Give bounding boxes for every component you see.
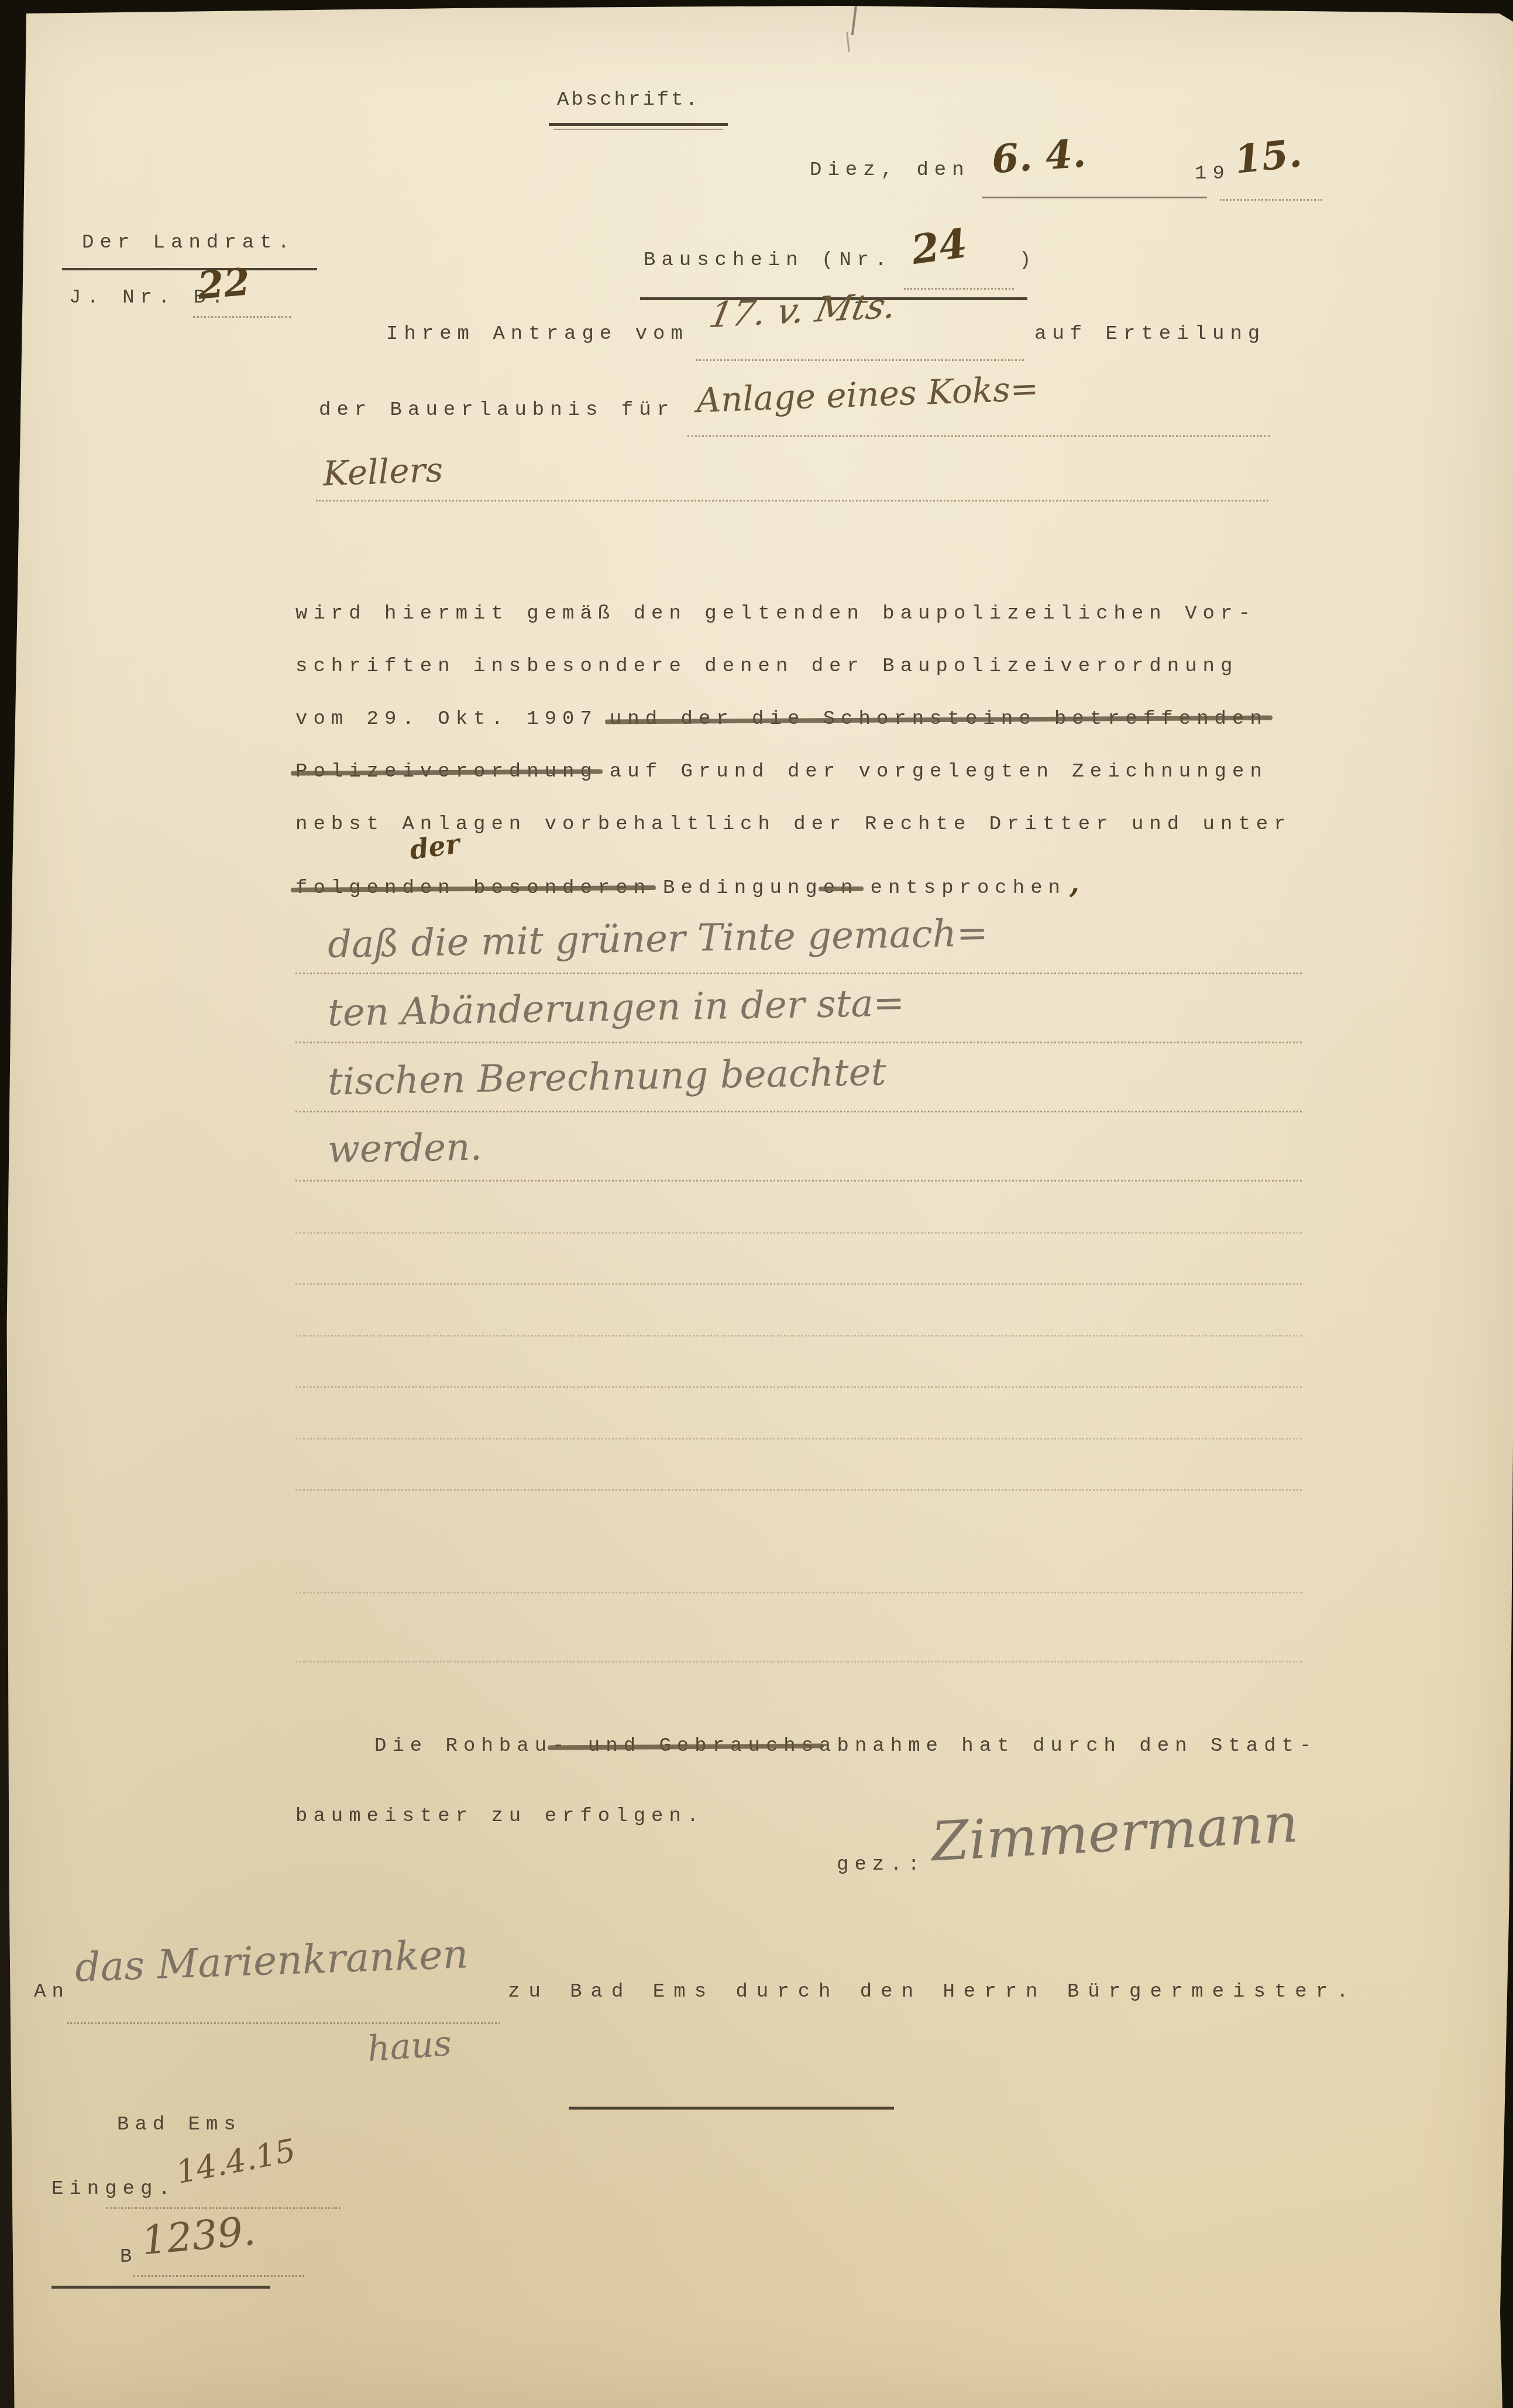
paper-tear-tail <box>846 32 850 52</box>
grant-line6-word: Bedingung <box>663 877 823 899</box>
paper: Abschrift. Diez, den 6. 4. 19 15. Der La… <box>0 0 1513 2408</box>
inspection-line1-post: abnahme hat durch den Stadt- <box>819 1735 1317 1757</box>
receipt-underline <box>51 2286 270 2289</box>
address-pre: An <box>34 1981 70 2003</box>
grant-hand-comma: , <box>1070 867 1085 900</box>
journal-number-rule <box>193 316 291 318</box>
issuer-name: Der Landrat. <box>82 232 295 254</box>
ruled-line <box>295 1489 1302 1491</box>
request-line3-rule <box>316 500 1268 501</box>
ruled-line <box>295 973 1302 974</box>
grant-line4-struck-text: Polizeiverordnung <box>295 761 598 783</box>
dateline-rule <box>982 197 1207 198</box>
request-line1-pre: Ihrem Antrage vom <box>386 323 689 345</box>
signature-handwritten: Zimmermann <box>930 1792 1300 1874</box>
request-line2-pre: der Bauerlaubnis für <box>319 399 675 421</box>
grant-line3: vom 29. Okt. 1907und der die Schornstein… <box>295 708 1268 730</box>
dateline-prefix: Diez, den <box>810 159 970 181</box>
heading-paren-close: ) <box>1019 249 1037 272</box>
dateline-day-month-handwritten: 6. 4. <box>990 130 1087 182</box>
dateline-century: 19 <box>1195 163 1230 185</box>
document-type-title: Abschrift. <box>557 89 700 111</box>
heading-number-handwritten: 24 <box>909 220 970 274</box>
receipt-number-rule <box>133 2275 304 2277</box>
ruled-line <box>295 1335 1302 1337</box>
address-post: zu Bad Ems durch den Herrn Bürgermeister… <box>508 1981 1357 2003</box>
ruled-line <box>295 1180 1302 1181</box>
request-subject-handwritten: Anlage eines Koks= <box>696 369 1039 420</box>
grant-line3-pre: vom 29. Okt. 1907 <box>295 708 598 730</box>
inspection-line1: Die Rohbau- und Gebrauchsabnahme hat dur… <box>374 1735 1317 1757</box>
grant-line6: folgenden besonderenBedingungenentsproch… <box>295 867 1085 900</box>
photo-of-document: { "colors": { "paper": "#ecdfc3", "backd… <box>0 0 1513 2408</box>
receipt-file-number-handwritten: 1239. <box>140 2208 257 2265</box>
request-subject-continuation-handwritten: Kellers <box>322 449 443 493</box>
separator-line <box>569 2107 894 2110</box>
title-underline <box>549 123 728 126</box>
address-recipient-handwritten: das Marienkranken <box>74 1931 469 1991</box>
dateline-year-handwritten: 15. <box>1232 130 1304 183</box>
ruled-line <box>295 1111 1302 1112</box>
condition-handwritten-line1: daß die mit grüner Tinte gemach= <box>327 912 988 967</box>
ruled-line <box>295 1661 1302 1662</box>
condition-handwritten-line3: tischen Berechnung beachtet <box>327 1051 886 1104</box>
signature-label: gez.: <box>837 1854 926 1876</box>
grant-line6-struck-suffix: en <box>823 877 859 899</box>
ruled-line <box>295 1042 1302 1043</box>
grant-line6-struck-text: folgenden besonderen <box>295 877 651 899</box>
paper-tear <box>851 5 857 35</box>
receipt-received-label: Eingeg. <box>51 2178 176 2200</box>
inspection-line2: baumeister zu erfolgen. <box>295 1805 704 1828</box>
dateline-year-rule <box>1220 199 1322 201</box>
grant-line4-post: auf Grund der vorgelegten Zeichnungen <box>610 761 1268 783</box>
ruled-line <box>295 1386 1302 1388</box>
condition-handwritten-line4: werden. <box>327 1126 482 1172</box>
grant-line3-struck-text: und der die Schornsteine betreffenden <box>610 708 1268 730</box>
heading-label: Bauschein (Nr. <box>644 249 893 272</box>
inspection-line1-struck-text: - und Gebrauchs <box>552 1735 819 1757</box>
issuer-underline <box>62 268 317 270</box>
ruled-line <box>295 1592 1302 1593</box>
request-line2-rule <box>687 435 1270 437</box>
address-recipient-continuation-handwritten: haus <box>366 2023 453 2070</box>
title-underline-echo <box>553 129 723 130</box>
ruled-line <box>295 1283 1302 1285</box>
receipt-file-prefix: B <box>120 2246 137 2268</box>
receipt-date-handwritten: 14.4.15 <box>173 2132 298 2191</box>
request-line1-rule <box>696 359 1024 361</box>
grant-line2: schriften insbesondere denen der Baupoli… <box>295 655 1238 678</box>
ruled-line <box>295 1438 1302 1440</box>
ruled-line <box>295 1232 1302 1234</box>
journal-number-handwritten: 22 <box>196 260 252 308</box>
receipt-place: Bad Ems <box>117 2114 242 2136</box>
request-date-handwritten: 17. v. Mts. <box>706 286 900 336</box>
grant-insertion-handwritten: der <box>408 827 462 865</box>
grant-line1: wird hiermit gemäß den geltenden baupoli… <box>295 603 1256 625</box>
condition-handwritten-line2: ten Abänderungen in der sta= <box>327 981 905 1035</box>
grant-line6-post: entsprochen <box>871 877 1066 899</box>
receipt-date-rule <box>106 2207 341 2209</box>
request-line1-post: auf Erteilung <box>1034 323 1266 345</box>
grant-line4: Polizeiverordnungauf Grund der vorgelegt… <box>295 761 1268 783</box>
heading-number-rule <box>904 288 1014 290</box>
inspection-line1-pre: Die Rohbau <box>374 1735 552 1757</box>
